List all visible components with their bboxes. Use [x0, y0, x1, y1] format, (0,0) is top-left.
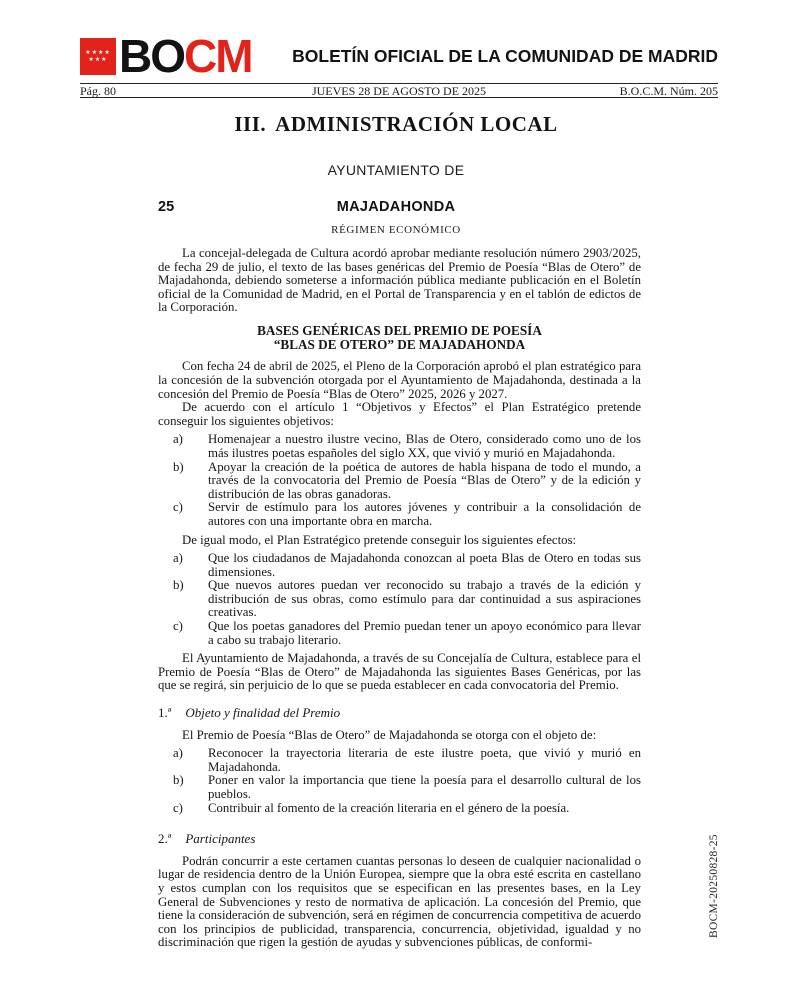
- paragraph-effects-intro: De igual modo, el Plan Estratégico prete…: [158, 534, 641, 548]
- bocm-logotype: BOCM: [119, 38, 252, 75]
- list-item: a) Reconocer la trayectoria literaria de…: [158, 747, 641, 774]
- madrid-flag-stars-icon: ★★★★ ★★★: [80, 38, 116, 75]
- bocm-document-page: ★★★★ ★★★ BOCM BOLETÍN OFICIAL DE LA COMU…: [0, 0, 792, 1000]
- list-item: b) Poner en valor la importancia que tie…: [158, 774, 641, 801]
- list-marker: a): [173, 552, 183, 566]
- section-number: III.: [234, 112, 266, 136]
- objectives-list: a) Homenajear a nuestro ilustre vecino, …: [158, 433, 641, 528]
- base-heading-1: 1.ªObjeto y finalidad del Premio: [158, 706, 641, 720]
- list-item: b) Que nuevos autores puedan ver reconoc…: [158, 579, 641, 620]
- paragraph-resolution: La concejal-delegada de Cultura acordó a…: [158, 247, 641, 315]
- list-item-text: Servir de estímulo para los autores jóve…: [208, 500, 641, 528]
- list-item: c) Contribuir al fomento de la creación …: [158, 802, 641, 816]
- flag-stars-row-bottom: ★★★: [88, 56, 107, 63]
- base-heading-2: 2.ªParticipantes: [158, 832, 641, 846]
- list-item-text: Que los ciudadanos de Majadahonda conozc…: [208, 551, 641, 579]
- list-marker: a): [173, 747, 183, 761]
- list-item-text: Homenajear a nuestro ilustre vecino, Bla…: [208, 432, 641, 460]
- list-item: a) Que los ciudadanos de Majadahonda con…: [158, 552, 641, 579]
- paragraph-plan: Con fecha 24 de abril de 2025, el Pleno …: [158, 360, 641, 401]
- regime-heading: RÉGIMEN ECONÓMICO: [0, 224, 792, 236]
- base-number: 1.ª: [158, 705, 171, 720]
- masthead-title: BOLETÍN OFICIAL DE LA COMUNIDAD DE MADRI…: [292, 46, 718, 67]
- bases-heading-line2: “BLAS DE OTERO” DE MAJADAHONDA: [158, 338, 641, 352]
- list-marker: b): [173, 579, 184, 593]
- municipality-heading: MAJADAHONDA: [0, 199, 792, 215]
- bocm-logo: ★★★★ ★★★ BOCM: [80, 38, 252, 75]
- effects-list: a) Que los ciudadanos de Majadahonda con…: [158, 552, 641, 647]
- list-item-text: Poner en valor la importancia que tiene …: [208, 773, 641, 801]
- paragraph-object-intro: El Premio de Poesía “Blas de Otero” de M…: [158, 729, 641, 743]
- list-item: c) Que los poetas ganadores del Premio p…: [158, 620, 641, 647]
- list-marker: c): [173, 501, 183, 515]
- section-name: ADMINISTRACIÓN LOCAL: [275, 112, 557, 136]
- section-heading: III.ADMINISTRACIÓN LOCAL: [0, 112, 792, 137]
- paragraph-participants: Podrán concurrir a este certamen cuantas…: [158, 855, 641, 950]
- base-number: 2.ª: [158, 831, 171, 846]
- list-marker: c): [173, 620, 183, 634]
- list-item: b) Apoyar la creación de la poética de a…: [158, 461, 641, 502]
- flag-stars-row-top: ★★★★: [85, 49, 111, 56]
- list-marker: a): [173, 433, 183, 447]
- paragraph-objectives-intro: De acuerdo con el artículo 1 “Objetivos …: [158, 401, 641, 428]
- base-title: Objeto y finalidad del Premio: [185, 705, 340, 720]
- list-item: a) Homenajear a nuestro ilustre vecino, …: [158, 433, 641, 460]
- list-marker: b): [173, 774, 184, 788]
- publication-code: BOCM-20250828-25: [708, 826, 720, 938]
- masthead: ★★★★ ★★★ BOCM BOLETÍN OFICIAL DE LA COMU…: [80, 34, 718, 78]
- list-item-text: Que los poetas ganadores del Premio pued…: [208, 619, 641, 647]
- bases-heading-line1: BASES GENÉRICAS DEL PREMIO DE POESÍA: [158, 324, 641, 338]
- logotype-black: BO: [119, 30, 184, 82]
- paragraph-establishes: El Ayuntamiento de Majadahonda, a través…: [158, 652, 641, 693]
- base-title: Participantes: [185, 831, 255, 846]
- list-marker: b): [173, 461, 184, 475]
- list-item-text: Contribuir al fomento de la creación lit…: [208, 801, 569, 815]
- purposes-list: a) Reconocer la trayectoria literaria de…: [158, 747, 641, 815]
- entity-heading: AYUNTAMIENTO DE: [0, 162, 792, 178]
- bases-heading: BASES GENÉRICAS DEL PREMIO DE POESÍA “BL…: [158, 324, 641, 352]
- list-item: c) Servir de estímulo para los autores j…: [158, 501, 641, 528]
- logotype-red: CM: [184, 30, 252, 82]
- list-item-text: Reconocer la trayectoria literaria de es…: [208, 746, 641, 774]
- list-item-text: Que nuevos autores puedan ver reconocido…: [208, 578, 641, 619]
- list-marker: c): [173, 802, 183, 816]
- header-meta-row: Pág. 80 JUEVES 28 DE AGOSTO DE 2025 B.O.…: [80, 84, 718, 97]
- document-body: La concejal-delegada de Cultura acordó a…: [158, 247, 641, 950]
- header-rule-bottom: [80, 97, 718, 98]
- list-item-text: Apoyar la creación de la poética de auto…: [208, 460, 641, 501]
